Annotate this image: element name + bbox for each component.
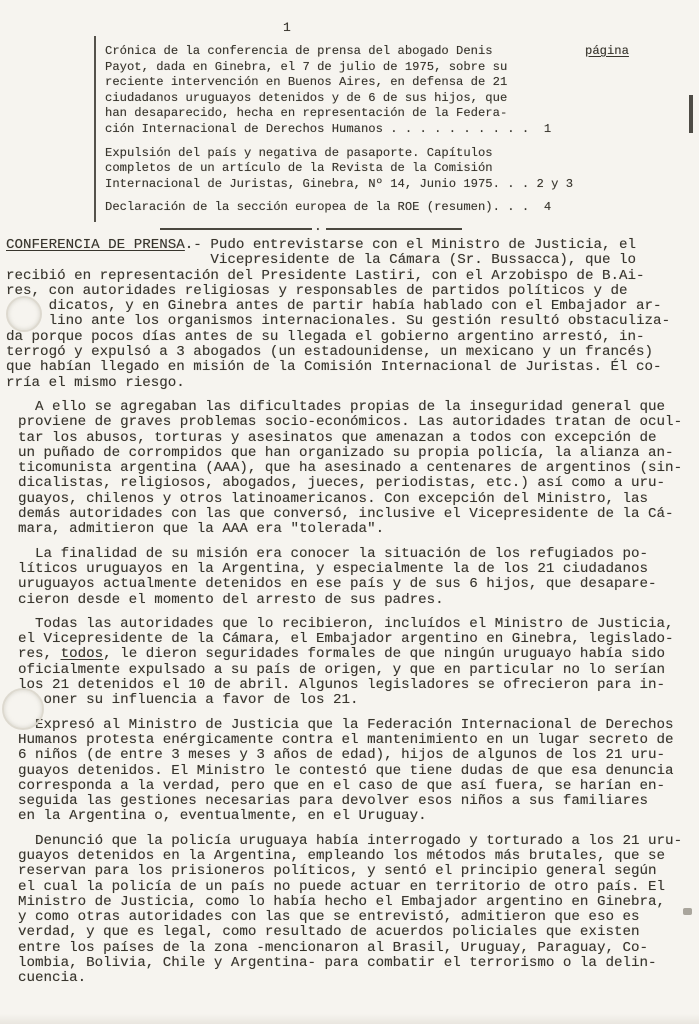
paragraph: Todas las autoridades que lo recibieron,… [18,617,696,709]
paragraph: Expresó al Ministro de Justicia que la F… [18,718,696,825]
section-divider-line [326,228,462,230]
paragraph: Denunció que la policía uruguaya había i… [18,834,696,987]
paragraph: A ello se agregaban las dificultades pro… [18,400,696,538]
underlined-text: CONFERENCIA DE PRENSA [6,237,185,253]
paragraph: La finalidad de su misión era conocer la… [18,547,696,608]
toc-entry: Declaración de la sección europea de la … [105,200,573,216]
section-divider-dot: . [314,219,322,234]
hole-punch-mark [2,688,44,730]
text-run: Denunció que la policía uruguaya había i… [18,833,682,987]
page-number: 1 [283,20,291,35]
scan-artifact [689,95,693,133]
underlined-text: todos [61,646,104,662]
paragraph: CONFERENCIA DE PRENSA.- Pudo entrevistar… [6,238,696,391]
toc-page-column-header: página [585,44,629,60]
section-divider-line [160,228,312,230]
toc-left-rule [94,36,96,222]
text-run: La finalidad de su misión era conocer la… [18,546,657,608]
text-run: A ello se agregaban las dificultades pro… [18,399,682,537]
hole-punch-mark [6,296,42,332]
document-body: CONFERENCIA DE PRENSA.- Pudo entrevistar… [18,238,696,996]
scan-artifact [683,908,692,915]
toc-entry: Crónica de la conferencia de prensa del … [105,44,573,138]
text-run: , le dieron seguridades formales de que … [18,646,665,708]
table-of-contents: página Crónica de la conferencia de pren… [105,44,573,224]
text-run: Expresó al Ministro de Justicia que la F… [18,717,674,825]
toc-entry: Expulsión del país y negativa de pasapor… [105,146,573,193]
scan-edge-shadow [0,1014,699,1024]
text-run: .- Pudo entrevistarse con el Ministro de… [6,237,670,391]
